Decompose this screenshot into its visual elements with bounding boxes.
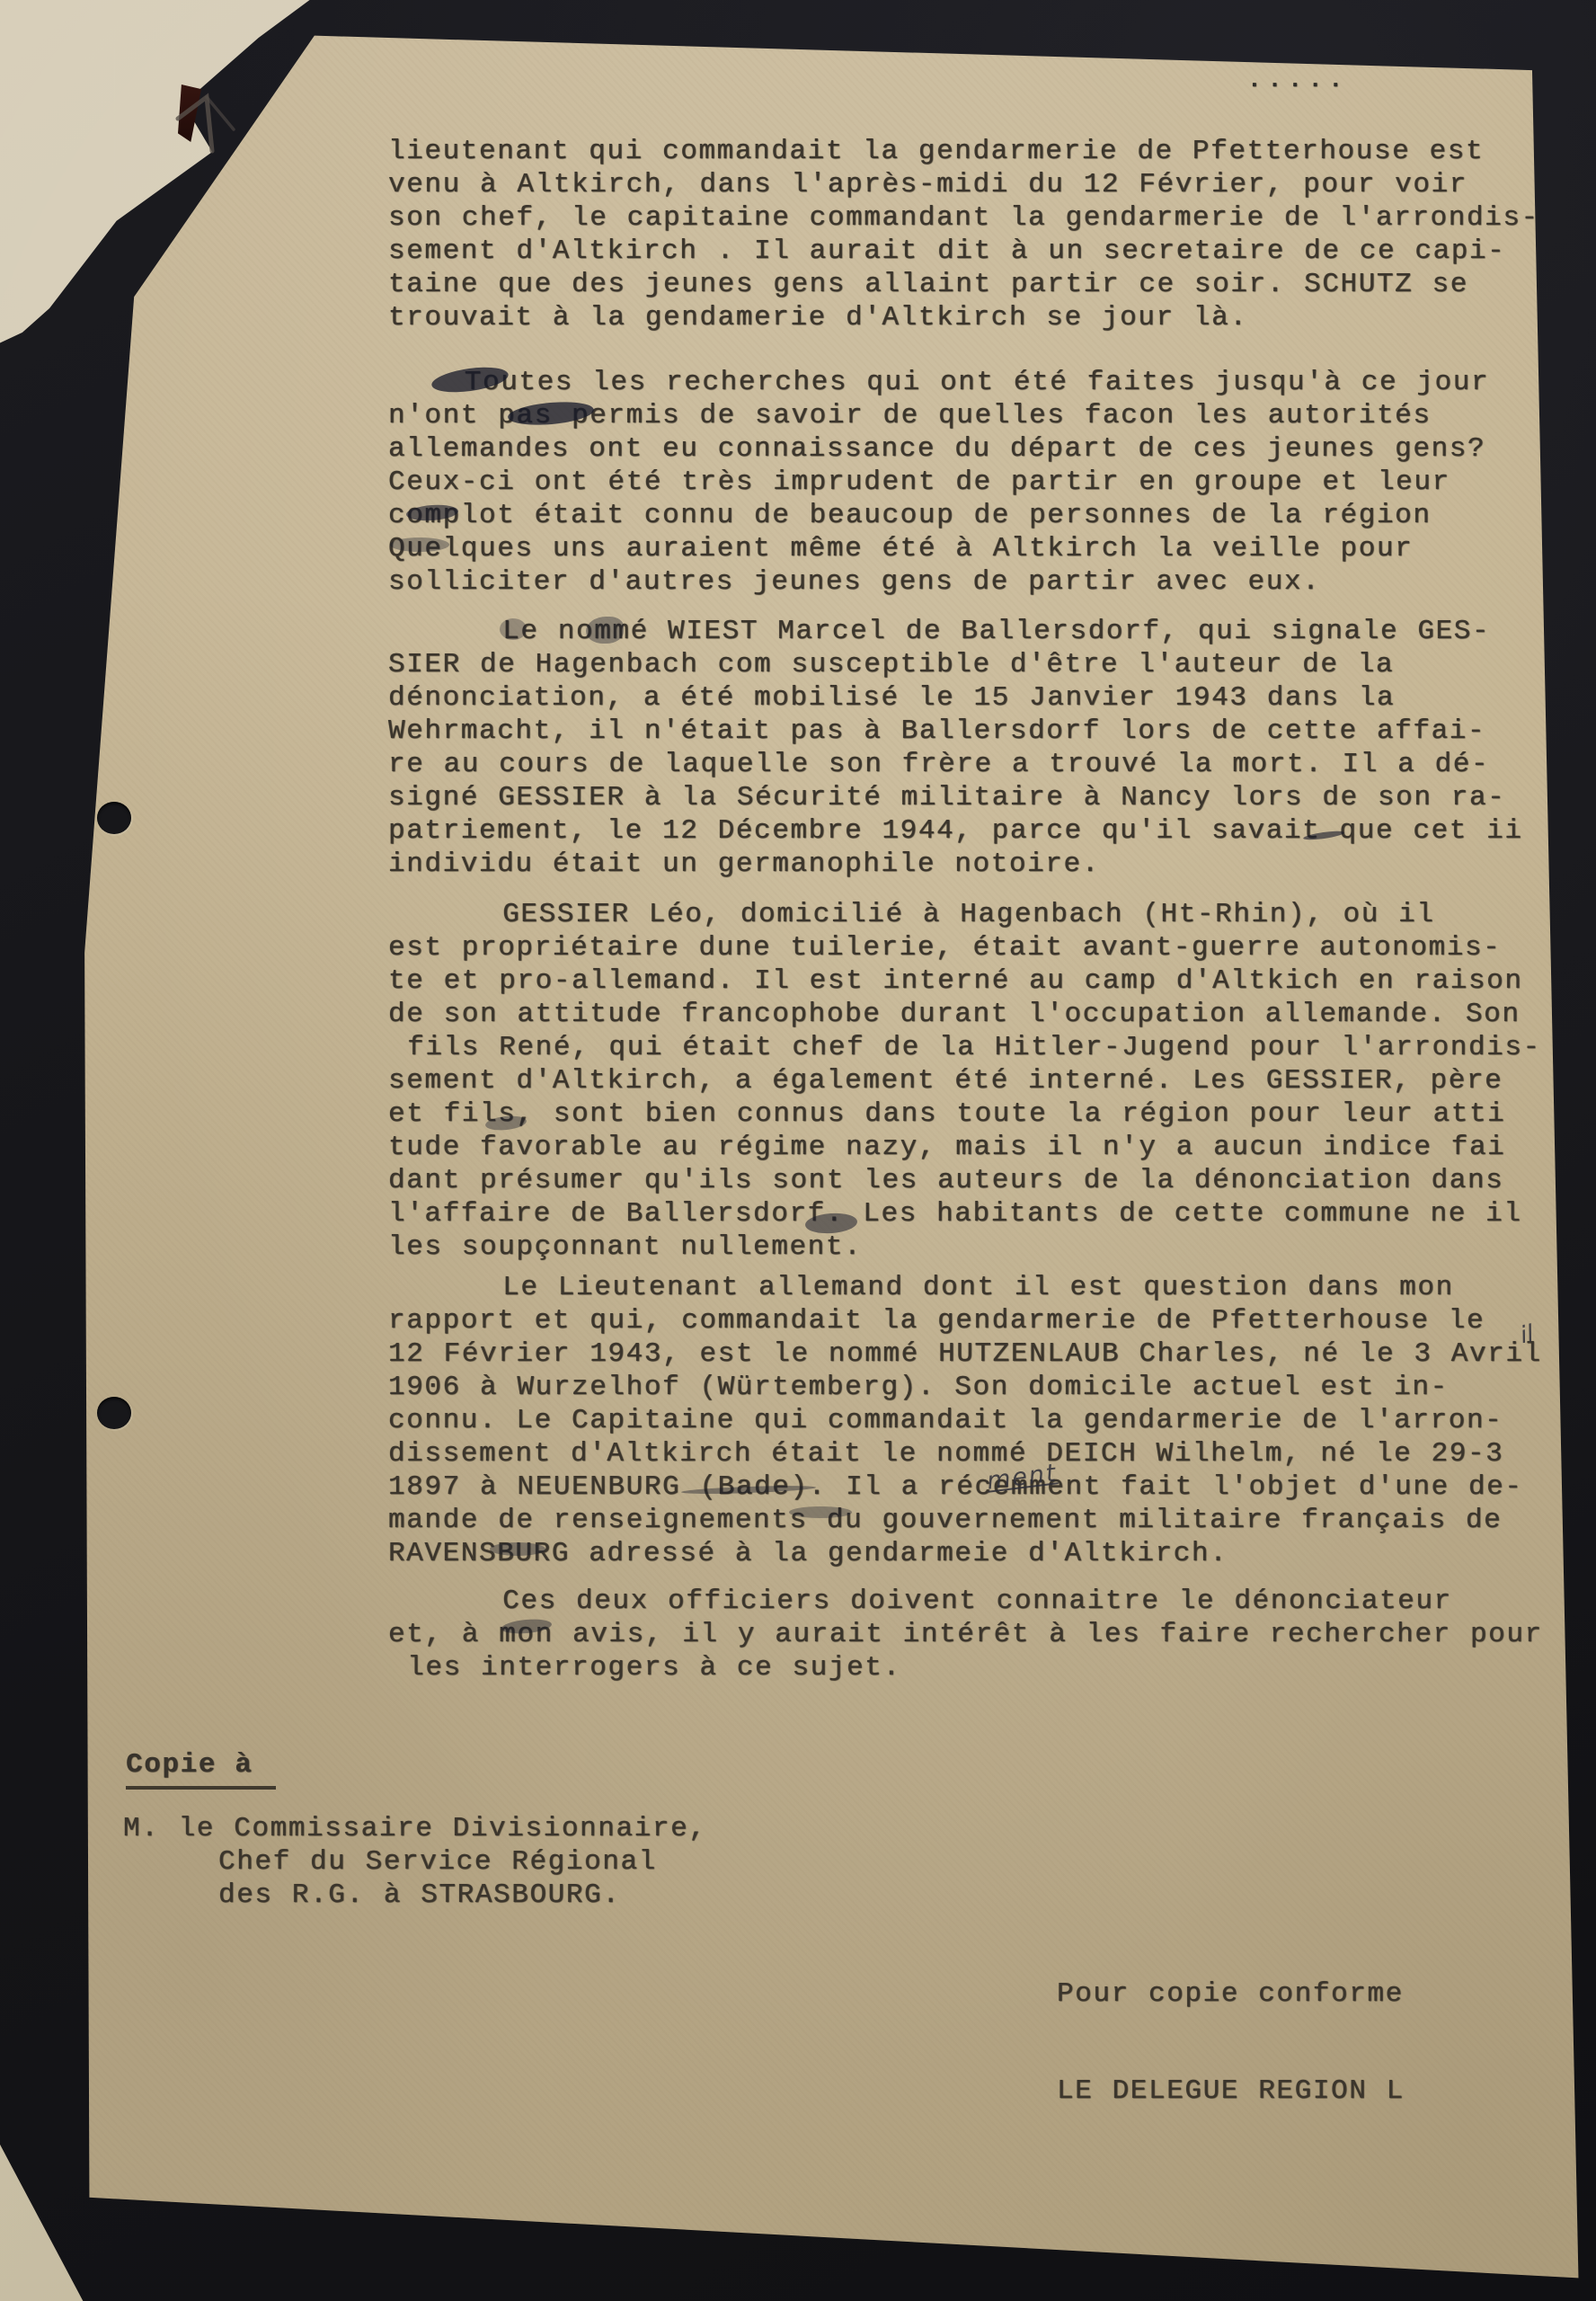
copy-to-heading: Copie à (126, 1749, 276, 1790)
paragraph-4: GESSIER Léo, domicilié à Hagenbach (Ht-R… (388, 898, 1541, 1264)
paragraph-2: Toutes les recherches qui ont été faites… (388, 366, 1489, 599)
paragraph-6: Ces deux officiers doivent connaitre le … (388, 1585, 1543, 1684)
ink-blot (586, 617, 624, 644)
copy-to-address: M. le Commissaire Divisionnaire, Chef du… (123, 1812, 707, 1912)
ink-blot (500, 618, 527, 640)
ink-blot (490, 1542, 545, 1556)
signature-title: LE DELEGUE REGION L (1057, 2074, 1405, 2108)
certification-line: Pour copie conforme (1057, 1977, 1404, 2011)
ink-blot (390, 537, 449, 552)
paragraph-3: Le nommé WIEST Marcel de Ballersdorf, qu… (388, 615, 1523, 881)
paragraph-5: Le Lieutenant allemand dont il est quest… (388, 1271, 1542, 1570)
paragraph-1: lieutenant qui commandait la gendarmerie… (388, 135, 1539, 334)
punch-hole-bottom (97, 1397, 131, 1429)
punch-hole-top (97, 802, 131, 834)
ink-blot (789, 1506, 852, 1518)
handwritten-pencil-mark (171, 88, 248, 164)
reference-dots: ..... (1247, 67, 1349, 93)
